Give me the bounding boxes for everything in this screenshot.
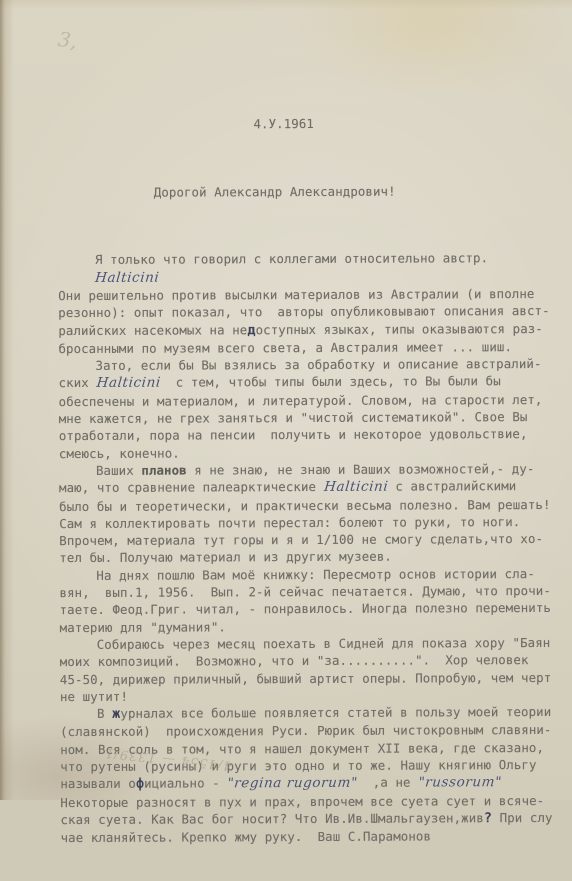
handwritten-word: "regina rugorum" [226, 775, 358, 793]
typed-text: (славянской) происхождения Руси. Рюрик б… [60, 722, 551, 739]
typed-text-overstruck: планов [141, 462, 186, 477]
typed-text: моих композиций. Возможно, что и "за....… [60, 652, 529, 669]
letter-line: Зато, если бы Вы взялись за обработку и … [58, 355, 556, 374]
letter-line: Ваших планов я не знаю, не знаю и Ваших … [59, 460, 557, 479]
ink-correction: ф [136, 776, 144, 792]
scanned-letter-page: 3, 4.У.1961 Дорогой Александр Александро… [0, 0, 572, 800]
typed-text: с тем, чтобы типы были здесь, то Вы были… [161, 374, 501, 390]
letter-line: вян, вып.1, 1956. Вып. 2-й сейчас печата… [59, 582, 557, 601]
letter-line: мне кажется, не грех заняться и "чистой … [59, 408, 557, 427]
typed-text: не шутит! [60, 689, 128, 704]
pencil-mark-top-left: 3, [56, 27, 78, 53]
typed-text: обеспечены и материалом, и литературой. … [59, 392, 543, 409]
letter-line: маю, что сравнение палеарктические Halti… [59, 477, 557, 497]
typed-text: ралийских насекомых на не [58, 322, 247, 338]
handwritten-word: "russorum" [417, 774, 502, 792]
letter-line: было бы и теоретически, и практически ве… [59, 495, 557, 514]
letter-line: Некоторые разносят в пух и прах, впрочем… [60, 791, 558, 800]
letter-line: не шутит! [60, 686, 558, 705]
typed-text: Некоторые разносят в пух и прах, впрочем… [60, 793, 544, 800]
typed-text: ,а не [358, 775, 419, 790]
typed-text: смеюсь, конечно. [59, 445, 180, 461]
typed-text: мне кажется, не грех заняться и "чистой … [59, 409, 528, 426]
typed-text: таете. Феод.Григ. читал, - понравилось. … [60, 600, 551, 617]
letter-line: тел бы. Получаю материал и из других муз… [59, 547, 557, 566]
typed-text: с австралийскими [388, 478, 517, 494]
letter-line: смеюсь, конечно. [59, 443, 557, 462]
letter-line: ралийских насекомых на недоступных языка… [58, 319, 556, 339]
letter-line: (славянской) происхождения Руси. Рюрик б… [60, 721, 558, 740]
typed-text: 45-50, дирижер приличный, бывший артист … [60, 669, 551, 686]
handwritten-word: Halticini [57, 269, 160, 287]
letter-line: На днях пошлю Вам моё книжку: Пересмотр … [59, 565, 557, 584]
typed-text: Собираюсь через месяц поехать в Сидней д… [97, 635, 551, 652]
letter-line: бросанными по музеям всего света, а Авст… [58, 338, 556, 357]
letter-line: отработали, пора на пенсии получить и не… [59, 425, 557, 444]
letter-line: Я только что говорил с коллегами относит… [58, 249, 556, 287]
typed-text: В [97, 706, 112, 721]
typed-text: Впрочем, материала тут горы и я и 1/100 … [59, 531, 543, 548]
letter: 4.У.1961 Дорогой Александр Александрович… [57, 79, 558, 800]
letter-line: ских Halticini с тем, чтобы типы были зд… [59, 372, 557, 392]
letter-line: резонно): опыт показал, что авторы опубл… [58, 302, 556, 321]
typed-text: называли о [60, 776, 136, 791]
handwritten-word: Halticini [96, 375, 162, 393]
typed-text: Они решительно против высылки материалов… [58, 286, 534, 303]
typed-text: ициально - [144, 776, 227, 791]
typed-text: Сам я коллектировать почти перестал: бол… [59, 514, 520, 531]
typed-text: я не знаю, не знаю и Ваших возможностей,… [187, 461, 535, 478]
letter-date: 4.У.1961 [57, 114, 555, 133]
letter-body: Я только что говорил с коллегами относит… [58, 249, 559, 800]
typed-text: тел бы. Получаю материал и из других муз… [59, 549, 392, 565]
typed-text: Зато, если бы Вы взялись за обработку и … [95, 356, 541, 373]
typed-text: материю для "думания". [60, 619, 226, 635]
letter-line: называли официально - "regina rugorum" ,… [60, 773, 558, 793]
typed-text: отработали, пора на пенсии получить и не… [59, 426, 528, 443]
typed-text: было бы и теоретически, и практически ве… [59, 496, 550, 513]
letter-line: 45-50, дирижер приличный, бывший артист … [60, 668, 558, 687]
letter-line: Сам я коллектировать почти перестал: бол… [59, 513, 557, 532]
typed-text: Я только что говорил с коллегами относит… [95, 251, 488, 268]
typed-text: урналах все больше появляется статей в п… [120, 704, 551, 721]
letter-line: материю для "думания". [60, 617, 558, 636]
letter-line: обеспечены и материалом, и литературой. … [59, 391, 557, 410]
typed-text: Ваших [96, 463, 141, 478]
letter-line: В журналах все больше появляется статей … [60, 703, 558, 723]
typed-text: резонно): опыт показал, что авторы опубл… [58, 303, 549, 320]
typed-text: оступных языках, типы оказываются раз- [256, 321, 543, 337]
typed-text: На днях пошлю Вам моё книжку: Пересмотр … [96, 566, 535, 583]
letter-line: Собираюсь через месяц поехать в Сидней д… [60, 634, 558, 653]
typed-text: маю, что сравнение палеарктические [59, 479, 324, 495]
typed-text: бросанными по музеям всего света, а Авст… [58, 339, 512, 356]
letter-line: Впрочем, материала тут горы и я и 1/100 … [59, 530, 557, 549]
typed-text: вян, вып.1, 1956. Вып. 2-й сейчас печата… [59, 583, 550, 600]
typed-text: ских [59, 375, 97, 390]
letter-salutation: Дорогой Александр Александрович! [58, 182, 556, 201]
letter-line: Они решительно против высылки материалов… [58, 285, 556, 304]
handwritten-word: Halticini [323, 479, 389, 497]
letter-line: таете. Феод.Григ. читал, - понравилось. … [60, 599, 558, 618]
letter-line: моих композиций. Возможно, что и "за....… [60, 651, 558, 670]
